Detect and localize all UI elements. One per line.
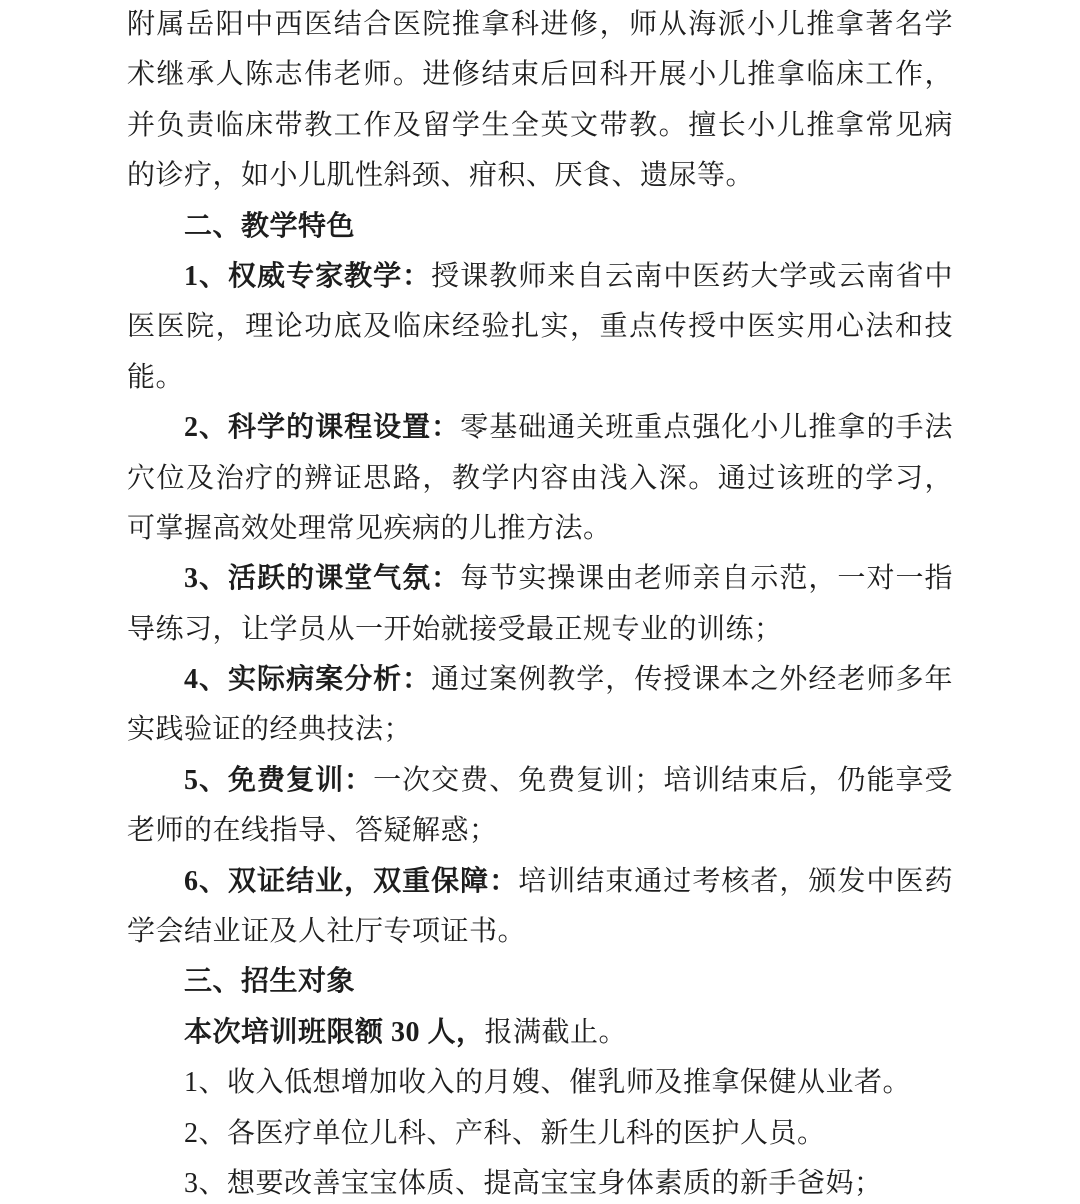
text-line: 6、双证结业，双重保障：培训结束通过考核者，颁发中医药 [127,857,953,907]
body-text-segment: 导练习，让学员从一开始就接受最正规专业的训练； [127,614,783,645]
body-text-segment: 一次交费、免费复训；培训结束后，仍能享受 [373,765,953,796]
bold-text-segment: 三、招生对象 [184,966,355,997]
text-line: 1、收入低想增加收入的月嫂、催乳师及推拿保健从业者。 [127,1058,953,1108]
bold-text-segment: 2、科学的课程设置： [184,412,460,443]
bold-text-segment: 5、免费复训： [184,765,373,796]
text-line: 学会结业证及人社厅专项证书。 [127,907,953,957]
body-text-segment: 1、收入低想增加收入的月嫂、催乳师及推拿保健从业者。 [184,1067,911,1098]
text-line: 4、实际病案分析：通过案例教学，传授课本之外经老师多年 [127,655,953,705]
bold-text-segment: 6、双证结业，双重保障： [184,866,518,897]
body-text-segment: 的诊疗，如小儿肌性斜颈、疳积、厌食、遗尿等。 [127,160,754,191]
text-line: 并负责临床带教工作及留学生全英文带教。擅长小儿推拿常见病 [127,101,953,151]
body-text-segment: 通过案例教学，传授课本之外经老师多年 [431,664,953,695]
body-text-segment: 实践验证的经典技法； [127,714,412,745]
body-text-segment: 2、各医疗单位儿科、产科、新生儿科的医护人员。 [184,1118,826,1149]
bold-text-segment: 二、教学特色 [184,211,355,242]
text-line: 5、免费复训：一次交费、免费复训；培训结束后，仍能享受 [127,756,953,806]
body-text-segment: 并负责临床带教工作及留学生全英文带教。擅长小儿推拿常见病 [127,110,953,141]
bold-text-segment: 4、实际病案分析： [184,664,431,695]
bold-text-segment: 1、权威专家教学： [184,261,431,292]
text-line: 术继承人陈志伟老师。进修结束后回科开展小儿推拿临床工作， [127,50,953,100]
body-text-segment: 培训结束通过考核者，颁发中医药 [518,866,953,897]
text-line: 导练习，让学员从一开始就接受最正规专业的训练； [127,605,953,655]
body-text-segment: 术继承人陈志伟老师。进修结束后回科开展小儿推拿临床工作， [127,59,953,90]
body-text-segment: 穴位及治疗的辨证思路，教学内容由浅入深。通过该班的学习， [127,463,953,494]
text-line: 1、权威专家教学：授课教师来自云南中医药大学或云南省中 [127,252,953,302]
body-text-segment: 能。 [127,362,184,393]
body-text-segment: 零基础通关班重点强化小儿推拿的手法 [460,412,953,443]
text-line: 本次培训班限额 30 人，报满截止。 [127,1008,953,1058]
body-text-segment: 学会结业证及人社厅专项证书。 [127,916,526,947]
text-line: 2、科学的课程设置：零基础通关班重点强化小儿推拿的手法 [127,403,953,453]
document-page: 附属岳阳中西医结合医院推拿科进修，师从海派小儿推拿著名学术继承人陈志伟老师。进修… [0,0,1080,1204]
text-line: 3、想要改善宝宝体质、提高宝宝身体素质的新手爸妈； [127,1159,953,1204]
bold-text-segment: 本次培训班限额 30 人， [184,1017,485,1048]
body-text-segment: 医医院，理论功底及临床经验扎实，重点传授中医实用心法和技 [127,311,953,342]
text-line: 2、各医疗单位儿科、产科、新生儿科的医护人员。 [127,1109,953,1159]
text-line: 3、活跃的课堂气氛：每节实操课由老师亲自示范，一对一指 [127,554,953,604]
section-heading: 三、招生对象 [127,957,953,1007]
text-line: 能。 [127,353,953,403]
body-text-segment: 授课教师来自云南中医药大学或云南省中 [431,261,953,292]
body-text-segment: 可掌握高效处理常见疾病的儿推方法。 [127,513,612,544]
body-text-segment: 老师的在线指导、答疑解惑； [127,815,498,846]
bold-text-segment: 3、活跃的课堂气氛： [184,563,460,594]
text-line: 穴位及治疗的辨证思路，教学内容由浅入深。通过该班的学习， [127,454,953,504]
body-text-segment: 附属岳阳中西医结合医院推拿科进修，师从海派小儿推拿著名学 [127,9,953,40]
text-line: 可掌握高效处理常见疾病的儿推方法。 [127,504,953,554]
section-heading: 二、教学特色 [127,202,953,252]
body-text-segment: 3、想要改善宝宝体质、提高宝宝身体素质的新手爸妈； [184,1168,883,1199]
text-line: 医医院，理论功底及临床经验扎实，重点传授中医实用心法和技 [127,302,953,352]
text-line: 的诊疗，如小儿肌性斜颈、疳积、厌食、遗尿等。 [127,151,953,201]
text-line: 实践验证的经典技法； [127,705,953,755]
text-line: 附属岳阳中西医结合医院推拿科进修，师从海派小儿推拿著名学 [127,0,953,50]
document-body: 附属岳阳中西医结合医院推拿科进修，师从海派小儿推拿著名学术继承人陈志伟老师。进修… [127,0,953,1204]
body-text-segment: 报满截止。 [485,1017,628,1048]
text-line: 老师的在线指导、答疑解惑； [127,806,953,856]
body-text-segment: 每节实操课由老师亲自示范，一对一指 [460,563,953,594]
